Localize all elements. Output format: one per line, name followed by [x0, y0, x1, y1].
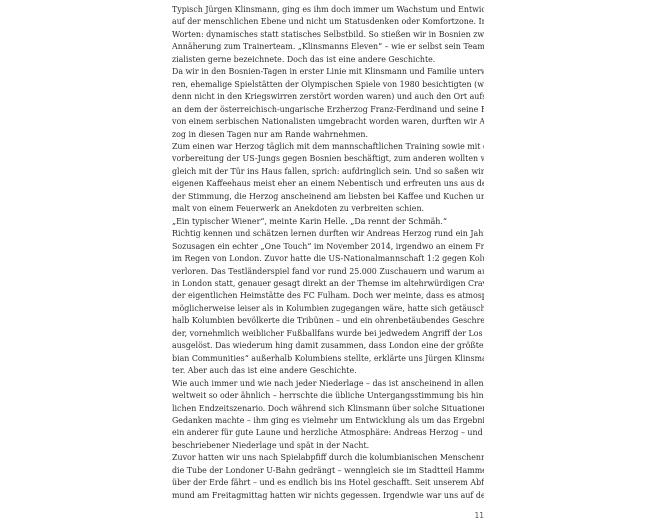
text-line: Sozusagen ein echter „One Touch“ im Nove… — [172, 241, 484, 253]
text-line: der, vornehmlich weiblicher Fußballfans … — [172, 328, 484, 340]
text-line: über der Erde fährt – und es endlich bis… — [172, 477, 484, 489]
text-line: die Tube der Londoner U-Bahn gedrängt – … — [172, 465, 484, 477]
text-line: Typisch Jürgen Klinsmann, ging es ihm do… — [172, 4, 484, 16]
text-line: verloren. Das Testländerspiel fand vor r… — [172, 266, 484, 278]
text-line: der Stimmung, die Herzog anscheinend am … — [172, 191, 484, 203]
text-line: ter. Aber auch das ist eine andere Gesch… — [172, 365, 484, 377]
text-line: der eigentlichen Heimstätte des FC Fulha… — [172, 290, 484, 302]
text-line: Da wir in den Bosnien-Tagen in erster Li… — [172, 66, 484, 78]
text-line: an dem der österreichisch-ungarische Erz… — [172, 104, 484, 116]
text-line: ein anderer für gute Laune und herzliche… — [172, 427, 484, 439]
text-line: „Ein typischer Wiener“, meinte Karin Hel… — [172, 216, 484, 228]
text-line: Wie auch immer und wie nach jeder Nieder… — [172, 378, 484, 390]
text-line: Gedanken machte – ihm ging es vielmehr u… — [172, 415, 484, 427]
paragraph: Zuvor hatten wir uns nach Spielabpfiff d… — [172, 452, 484, 502]
text-line: Zuvor hatten wir uns nach Spielabpfiff d… — [172, 452, 484, 464]
paragraph: Wie auch immer und wie nach jeder Nieder… — [172, 378, 484, 453]
paragraph: Richtig kennen und schätzen lernen durft… — [172, 228, 484, 377]
text-line: von einem serbischen Nationalisten umgeb… — [172, 116, 484, 128]
text-line: zialisten gerne bezeichnete. Doch das is… — [172, 54, 484, 66]
paragraph: Typisch Jürgen Klinsmann, ging es ihm do… — [172, 4, 484, 66]
text-line: gleich mit der Tür ins Haus fallen, spri… — [172, 166, 484, 178]
paragraph: Da wir in den Bosnien-Tagen in erster Li… — [172, 66, 484, 141]
text-line: beschriebener Niederlage und spät in der… — [172, 440, 484, 452]
text-line: ren, ehemalige Spielstätten der Olympisc… — [172, 79, 484, 91]
text-line: bian Communities“ außerhalb Kolumbiens s… — [172, 353, 484, 365]
text-line: Zum einen war Herzog täglich mit dem man… — [172, 141, 484, 153]
text-line: auf der menschlichen Ebene und nicht um … — [172, 16, 484, 28]
text-line: zog in diesen Tagen nur am Rande wahrneh… — [172, 129, 484, 141]
text-line: im Regen von London. Zuvor hatte die US-… — [172, 253, 484, 265]
text-line: in London statt, genauer gesagt direkt a… — [172, 278, 484, 290]
text-line: mund am Freitagmittag hatten wir nichts … — [172, 490, 484, 502]
text-line: Worten: dynamisches statt statisches Sel… — [172, 29, 484, 41]
page-number: 11 — [470, 511, 484, 520]
text-line: malt von einem Feuerwerk an Anekdoten zu… — [172, 203, 484, 215]
paragraph: Zum einen war Herzog täglich mit dem man… — [172, 141, 484, 216]
text-line: weltweit so oder ähnlich – herrschte die… — [172, 390, 484, 402]
text-line: ausgelöst. Das wiederum hing damit zusam… — [172, 340, 484, 352]
text-line: möglicherweise leiser als in Kolumbien z… — [172, 303, 484, 315]
text-line: Annäherung zum Trainerteam. „Klinsmanns … — [172, 41, 484, 53]
paragraph: „Ein typischer Wiener“, meinte Karin Hel… — [172, 216, 484, 228]
text-line: Richtig kennen und schätzen lernen durft… — [172, 228, 484, 240]
text-line: eigenen Kaffeehaus meist eher an einem N… — [172, 178, 484, 190]
text-line: denn nicht in den Kriegswirren zerstört … — [172, 91, 484, 103]
text-line: vorbereitung der US-Jungs gegen Bosnien … — [172, 153, 484, 165]
text-line: lichen Endzeitszenario. Doch während sic… — [172, 403, 484, 415]
page-body: Typisch Jürgen Klinsmann, ging es ihm do… — [172, 4, 484, 502]
text-line: halb Kolumbien bevölkerte die Tribünen –… — [172, 315, 484, 327]
